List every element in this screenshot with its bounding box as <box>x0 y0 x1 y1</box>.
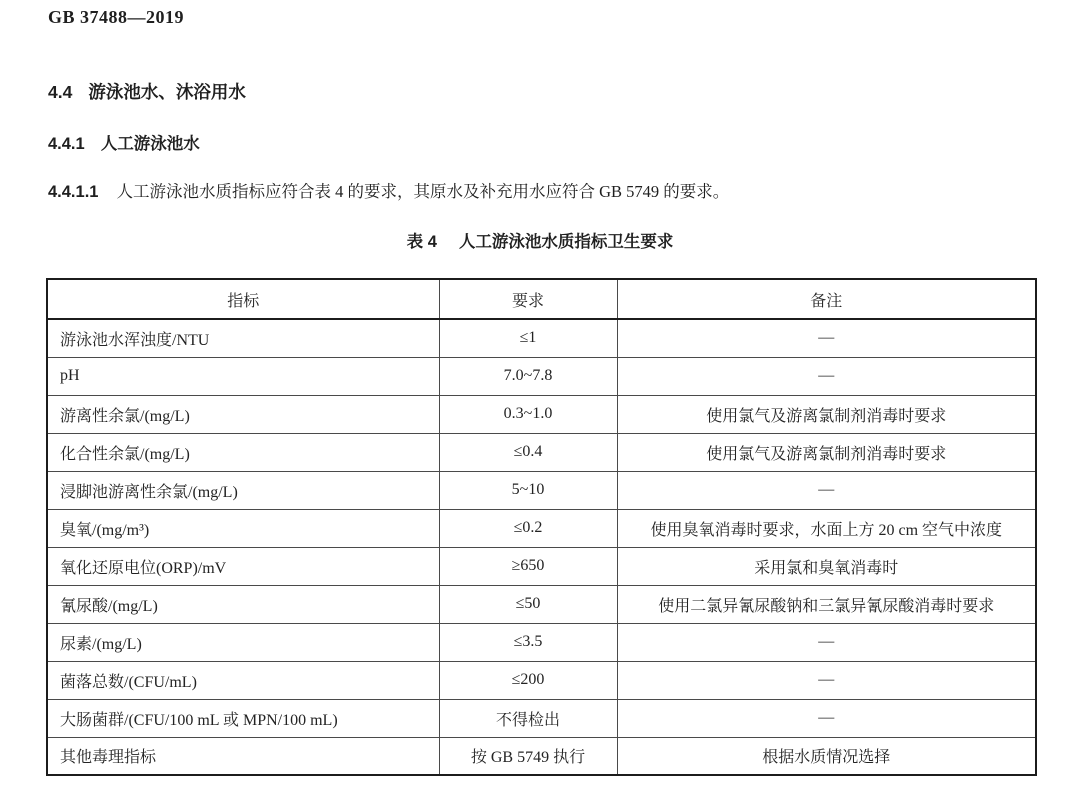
standard-number: GB 37488—2019 <box>48 7 184 28</box>
table-row: 浸脚池游离性余氯/(mg/L) 5~10 — <box>47 471 1036 509</box>
cell-indicator: 氧化还原电位(ORP)/mV <box>47 547 439 585</box>
section-title: 游泳池水、沐浴用水 <box>88 82 246 102</box>
cell-remark: 使用臭氧消毒时要求，水面上方 20 cm 空气中浓度 <box>617 509 1036 547</box>
clause-text: 人工游泳池水质指标应符合表 4 的要求，其原水及补充用水应符合 GB 5749 … <box>116 182 729 201</box>
cell-requirement: ≥650 <box>439 547 617 585</box>
cell-indicator: 其他毒理指标 <box>47 737 439 775</box>
table-caption-title: 人工游泳池水质指标卫生要求 <box>459 233 674 251</box>
cell-indicator: 化合性余氯/(mg/L) <box>47 433 439 471</box>
table-row: 氧化还原电位(ORP)/mV ≥650 采用氯和臭氧消毒时 <box>47 547 1036 585</box>
cell-indicator: 浸脚池游离性余氯/(mg/L) <box>47 471 439 509</box>
cell-remark: 根据水质情况选择 <box>617 737 1036 775</box>
water-quality-table: 指标 要求 备注 游泳池水浑浊度/NTU ≤1 — pH 7.0~7.8 — 游… <box>46 278 1037 776</box>
table-row: 化合性余氯/(mg/L) ≤0.4 使用氯气及游离氯制剂消毒时要求 <box>47 433 1036 471</box>
cell-remark: — <box>617 471 1036 509</box>
cell-requirement: ≤0.4 <box>439 433 617 471</box>
cell-indicator: 游泳池水浑浊度/NTU <box>47 319 439 357</box>
cell-indicator: 臭氧/(mg/m³) <box>47 509 439 547</box>
table-caption: 表 4人工游泳池水质指标卫生要求 <box>0 228 1080 252</box>
table-row: 其他毒理指标 按 GB 5749 执行 根据水质情况选择 <box>47 737 1036 775</box>
table-row: pH 7.0~7.8 — <box>47 357 1036 395</box>
subsection-heading: 4.4.1人工游泳池水 <box>48 130 200 154</box>
cell-remark: 使用二氯异氰尿酸钠和三氯异氰尿酸消毒时要求 <box>617 585 1036 623</box>
cell-remark: — <box>617 623 1036 661</box>
cell-requirement: 7.0~7.8 <box>439 357 617 395</box>
table-header-row: 指标 要求 备注 <box>47 279 1036 319</box>
clause-paragraph: 4.4.1.1人工游泳池水质指标应符合表 4 的要求，其原水及补充用水应符合 G… <box>48 178 1038 202</box>
table-row: 氰尿酸/(mg/L) ≤50 使用二氯异氰尿酸钠和三氯异氰尿酸消毒时要求 <box>47 585 1036 623</box>
section-number: 4.4 <box>48 82 72 102</box>
cell-remark: 使用氯气及游离氯制剂消毒时要求 <box>617 395 1036 433</box>
cell-remark: 采用氯和臭氧消毒时 <box>617 547 1036 585</box>
table-row: 臭氧/(mg/m³) ≤0.2 使用臭氧消毒时要求，水面上方 20 cm 空气中… <box>47 509 1036 547</box>
cell-remark: — <box>617 661 1036 699</box>
table-row: 游泳池水浑浊度/NTU ≤1 — <box>47 319 1036 357</box>
cell-remark: — <box>617 699 1036 737</box>
cell-requirement: ≤0.2 <box>439 509 617 547</box>
column-header-requirement: 要求 <box>439 279 617 319</box>
table-header: 指标 要求 备注 <box>47 279 1036 319</box>
table-caption-label: 表 4 <box>407 233 437 251</box>
cell-requirement: 5~10 <box>439 471 617 509</box>
cell-indicator: 氰尿酸/(mg/L) <box>47 585 439 623</box>
cell-indicator: 大肠菌群/(CFU/100 mL 或 MPN/100 mL) <box>47 699 439 737</box>
cell-requirement: ≤1 <box>439 319 617 357</box>
table-body: 游泳池水浑浊度/NTU ≤1 — pH 7.0~7.8 — 游离性余氯/(mg/… <box>47 319 1036 775</box>
cell-requirement: ≤3.5 <box>439 623 617 661</box>
cell-indicator: 游离性余氯/(mg/L) <box>47 395 439 433</box>
cell-indicator: pH <box>47 357 439 395</box>
cell-remark: — <box>617 357 1036 395</box>
table-row: 菌落总数/(CFU/mL) ≤200 — <box>47 661 1036 699</box>
column-header-remark: 备注 <box>617 279 1036 319</box>
subsection-number: 4.4.1 <box>48 135 85 153</box>
cell-remark: 使用氯气及游离氯制剂消毒时要求 <box>617 433 1036 471</box>
cell-requirement: 按 GB 5749 执行 <box>439 737 617 775</box>
table-row: 游离性余氯/(mg/L) 0.3~1.0 使用氯气及游离氯制剂消毒时要求 <box>47 395 1036 433</box>
cell-requirement: 不得检出 <box>439 699 617 737</box>
table-row: 大肠菌群/(CFU/100 mL 或 MPN/100 mL) 不得检出 — <box>47 699 1036 737</box>
subsection-title: 人工游泳池水 <box>101 135 200 153</box>
section-heading: 4.4游泳池水、沐浴用水 <box>48 79 246 104</box>
cell-indicator: 菌落总数/(CFU/mL) <box>47 661 439 699</box>
cell-requirement: ≤50 <box>439 585 617 623</box>
cell-requirement: ≤200 <box>439 661 617 699</box>
table-row: 尿素/(mg/L) ≤3.5 — <box>47 623 1036 661</box>
column-header-indicator: 指标 <box>47 279 439 319</box>
cell-remark: — <box>617 319 1036 357</box>
cell-requirement: 0.3~1.0 <box>439 395 617 433</box>
cell-indicator: 尿素/(mg/L) <box>47 623 439 661</box>
clause-number: 4.4.1.1 <box>48 183 98 201</box>
document-page: GB 37488—2019 4.4游泳池水、沐浴用水 4.4.1人工游泳池水 4… <box>0 0 1080 798</box>
